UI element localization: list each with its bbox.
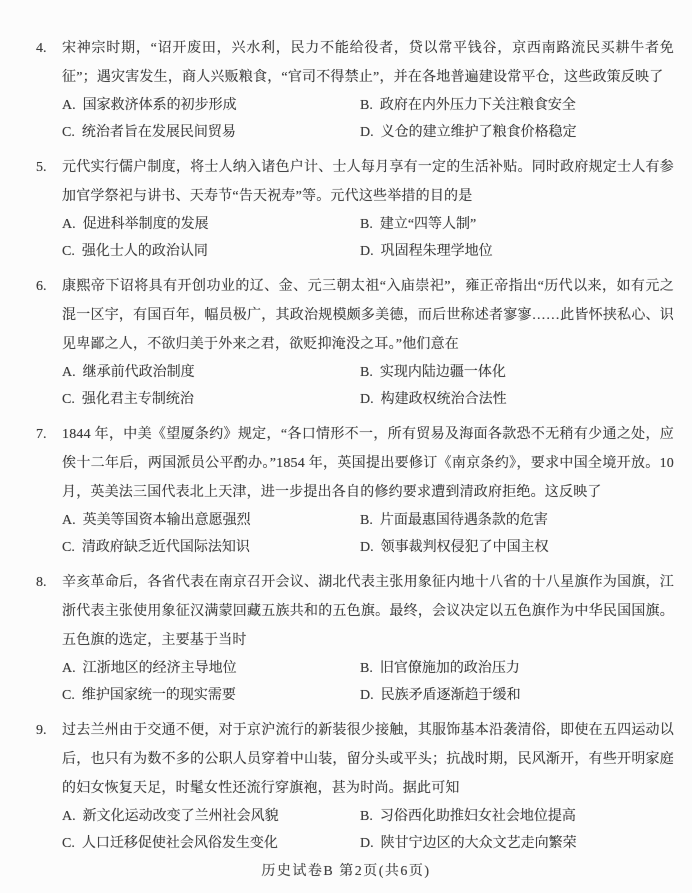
question-8: 8. 辛亥革命后，各省代表在南京召开会议、湖北代表主张用象征内地十八省的十八星旗… [36,568,674,709]
option-label: D. [360,392,374,407]
options-grid: A.促进科举制度的发展 B.建立“四等人制” C.强化士人的政治认同 D.巩固程… [62,211,674,265]
option-text: 继承前代政治制度 [83,365,195,380]
option-b: B.习俗西化助推妇女社会地位提高 [360,803,674,830]
option-d: D.义仓的建立维护了粮食价格稳定 [360,119,674,146]
option-label: D. [360,244,374,259]
option-label: C. [62,688,75,703]
option-text: 政府在内外压力下关注粮食安全 [380,98,576,113]
option-c: C.强化君主专制统治 [62,386,360,413]
option-text: 维护国家统一的现实需要 [82,688,236,703]
option-text: 义仓的建立维护了粮食价格稳定 [381,125,577,140]
option-a: A.继承前代政治制度 [62,359,360,386]
option-b: B.实现内陆边疆一体化 [360,359,674,386]
option-label: C. [62,836,75,851]
page-footer: 历史试卷B 第2页(共6页) [0,860,692,880]
option-c: C.统治者旨在发展民间贸易 [62,119,360,146]
question-4: 4. 宋神宗时期，“诏开废田，兴水利，民力不能给役者，贷以常平钱谷，京西南路流民… [36,34,674,146]
option-c: C.清政府缺乏近代国际法知识 [62,534,360,561]
question-number: 8. [36,568,62,709]
option-text: 巩固程朱理学地位 [381,244,493,259]
option-d: D.民族矛盾逐渐趋于缓和 [360,682,674,709]
option-b: B.旧官僚施加的政治压力 [360,655,674,682]
option-text: 片面最惠国待遇条款的危害 [380,513,548,528]
option-d: D.领事裁判权侵犯了中国主权 [360,534,674,561]
option-text: 强化君主专制统治 [82,392,194,407]
option-d: D.构建政权统治合法性 [360,386,674,413]
option-label: C. [62,125,75,140]
question-stem: 辛亥革命后，各省代表在南京召开会议、湖北代表主张用象征内地十八省的十八星旗作为国… [62,568,674,655]
option-text: 江浙地区的经济主导地位 [83,661,237,676]
option-text: 英美等国资本输出意愿强烈 [83,513,251,528]
question-number: 5. [36,153,62,265]
option-label: B. [360,365,373,380]
option-label: C. [62,540,75,555]
option-a: A.新文化运动改变了兰州社会风貌 [62,803,360,830]
option-label: A. [62,365,76,380]
option-text: 陕甘宁边区的大众文艺走向繁荣 [381,836,577,851]
option-b: B.片面最惠国待遇条款的危害 [360,507,674,534]
question-stem: 康熙帝下诏将具有开创功业的辽、金、元三朝太祖“入庙崇祀”，雍正帝指出“历代以来，… [62,272,674,359]
options-grid: A.国家救济体系的初步形成 B.政府在内外压力下关注粮食安全 C.统治者旨在发展… [62,92,674,146]
option-text: 新文化运动改变了兰州社会风貌 [83,809,279,824]
option-text: 构建政权统治合法性 [381,392,507,407]
option-label: A. [62,661,76,676]
question-number: 7. [36,420,62,561]
option-label: B. [360,661,373,676]
question-stem: 宋神宗时期，“诏开废田，兴水利，民力不能给役者，贷以常平钱谷，京西南路流民买耕牛… [62,34,674,92]
option-text: 促进科举制度的发展 [83,217,209,232]
option-text: 强化士人的政治认同 [82,244,208,259]
option-label: B. [360,217,373,232]
option-text: 旧官僚施加的政治压力 [380,661,520,676]
option-label: D. [360,540,374,555]
option-label: D. [360,836,374,851]
option-d: D.陕甘宁边区的大众文艺走向繁荣 [360,830,674,857]
option-text: 领事裁判权侵犯了中国主权 [381,540,549,555]
option-label: A. [62,513,76,528]
option-b: B.政府在内外压力下关注粮食安全 [360,92,674,119]
option-label: B. [360,98,373,113]
option-text: 习俗西化助推妇女社会地位提高 [380,809,576,824]
question-7: 7. 1844 年，中美《望厦条约》规定，“各口情形不一，所有贸易及海面各款恐不… [36,420,674,561]
question-6: 6. 康熙帝下诏将具有开创功业的辽、金、元三朝太祖“入庙崇祀”，雍正帝指出“历代… [36,272,674,413]
option-a: A.促进科举制度的发展 [62,211,360,238]
option-label: A. [62,217,76,232]
option-text: 人口迁移促使社会风俗发生变化 [82,836,278,851]
option-a: A.英美等国资本输出意愿强烈 [62,507,360,534]
question-stem: 过去兰州由于交通不便，对于京沪流行的新装很少接触，其服饰基本沿袭清俗，即使在五四… [62,716,674,803]
question-9: 9. 过去兰州由于交通不便，对于京沪流行的新装很少接触，其服饰基本沿袭清俗，即使… [36,716,674,857]
option-text: 国家救济体系的初步形成 [83,98,237,113]
options-grid: A.继承前代政治制度 B.实现内陆边疆一体化 C.强化君主专制统治 D.构建政权… [62,359,674,413]
question-number: 9. [36,716,62,857]
question-stem: 1844 年，中美《望厦条约》规定，“各口情形不一，所有贸易及海面各款恐不无稍有… [62,420,674,507]
option-text: 清政府缺乏近代国际法知识 [82,540,250,555]
option-b: B.建立“四等人制” [360,211,674,238]
option-label: D. [360,125,374,140]
option-c: C.人口迁移促使社会风俗发生变化 [62,830,360,857]
option-c: C.强化士人的政治认同 [62,238,360,265]
option-a: A.江浙地区的经济主导地位 [62,655,360,682]
option-a: A.国家救济体系的初步形成 [62,92,360,119]
option-d: D.巩固程朱理学地位 [360,238,674,265]
option-label: D. [360,688,374,703]
question-number: 4. [36,34,62,146]
option-text: 民族矛盾逐渐趋于缓和 [381,688,521,703]
option-label: A. [62,98,76,113]
options-grid: A.英美等国资本输出意愿强烈 B.片面最惠国待遇条款的危害 C.清政府缺乏近代国… [62,507,674,561]
option-label: B. [360,513,373,528]
option-text: 建立“四等人制” [380,217,476,232]
options-grid: A.新文化运动改变了兰州社会风貌 B.习俗西化助推妇女社会地位提高 C.人口迁移… [62,803,674,857]
option-label: C. [62,392,75,407]
question-number: 6. [36,272,62,413]
question-stem: 元代实行儒户制度，将士人纳入诸色户计、士人每月享有一定的生活补贴。同时政府规定士… [62,153,674,211]
question-5: 5. 元代实行儒户制度，将士人纳入诸色户计、士人每月享有一定的生活补贴。同时政府… [36,153,674,265]
option-c: C.维护国家统一的现实需要 [62,682,360,709]
exam-page: 4. 宋神宗时期，“诏开废田，兴水利，民力不能给役者，贷以常平钱谷，京西南路流民… [0,0,692,893]
options-grid: A.江浙地区的经济主导地位 B.旧官僚施加的政治压力 C.维护国家统一的现实需要… [62,655,674,709]
option-label: A. [62,809,76,824]
option-label: B. [360,809,373,824]
option-text: 统治者旨在发展民间贸易 [82,125,236,140]
option-text: 实现内陆边疆一体化 [380,365,506,380]
option-label: C. [62,244,75,259]
